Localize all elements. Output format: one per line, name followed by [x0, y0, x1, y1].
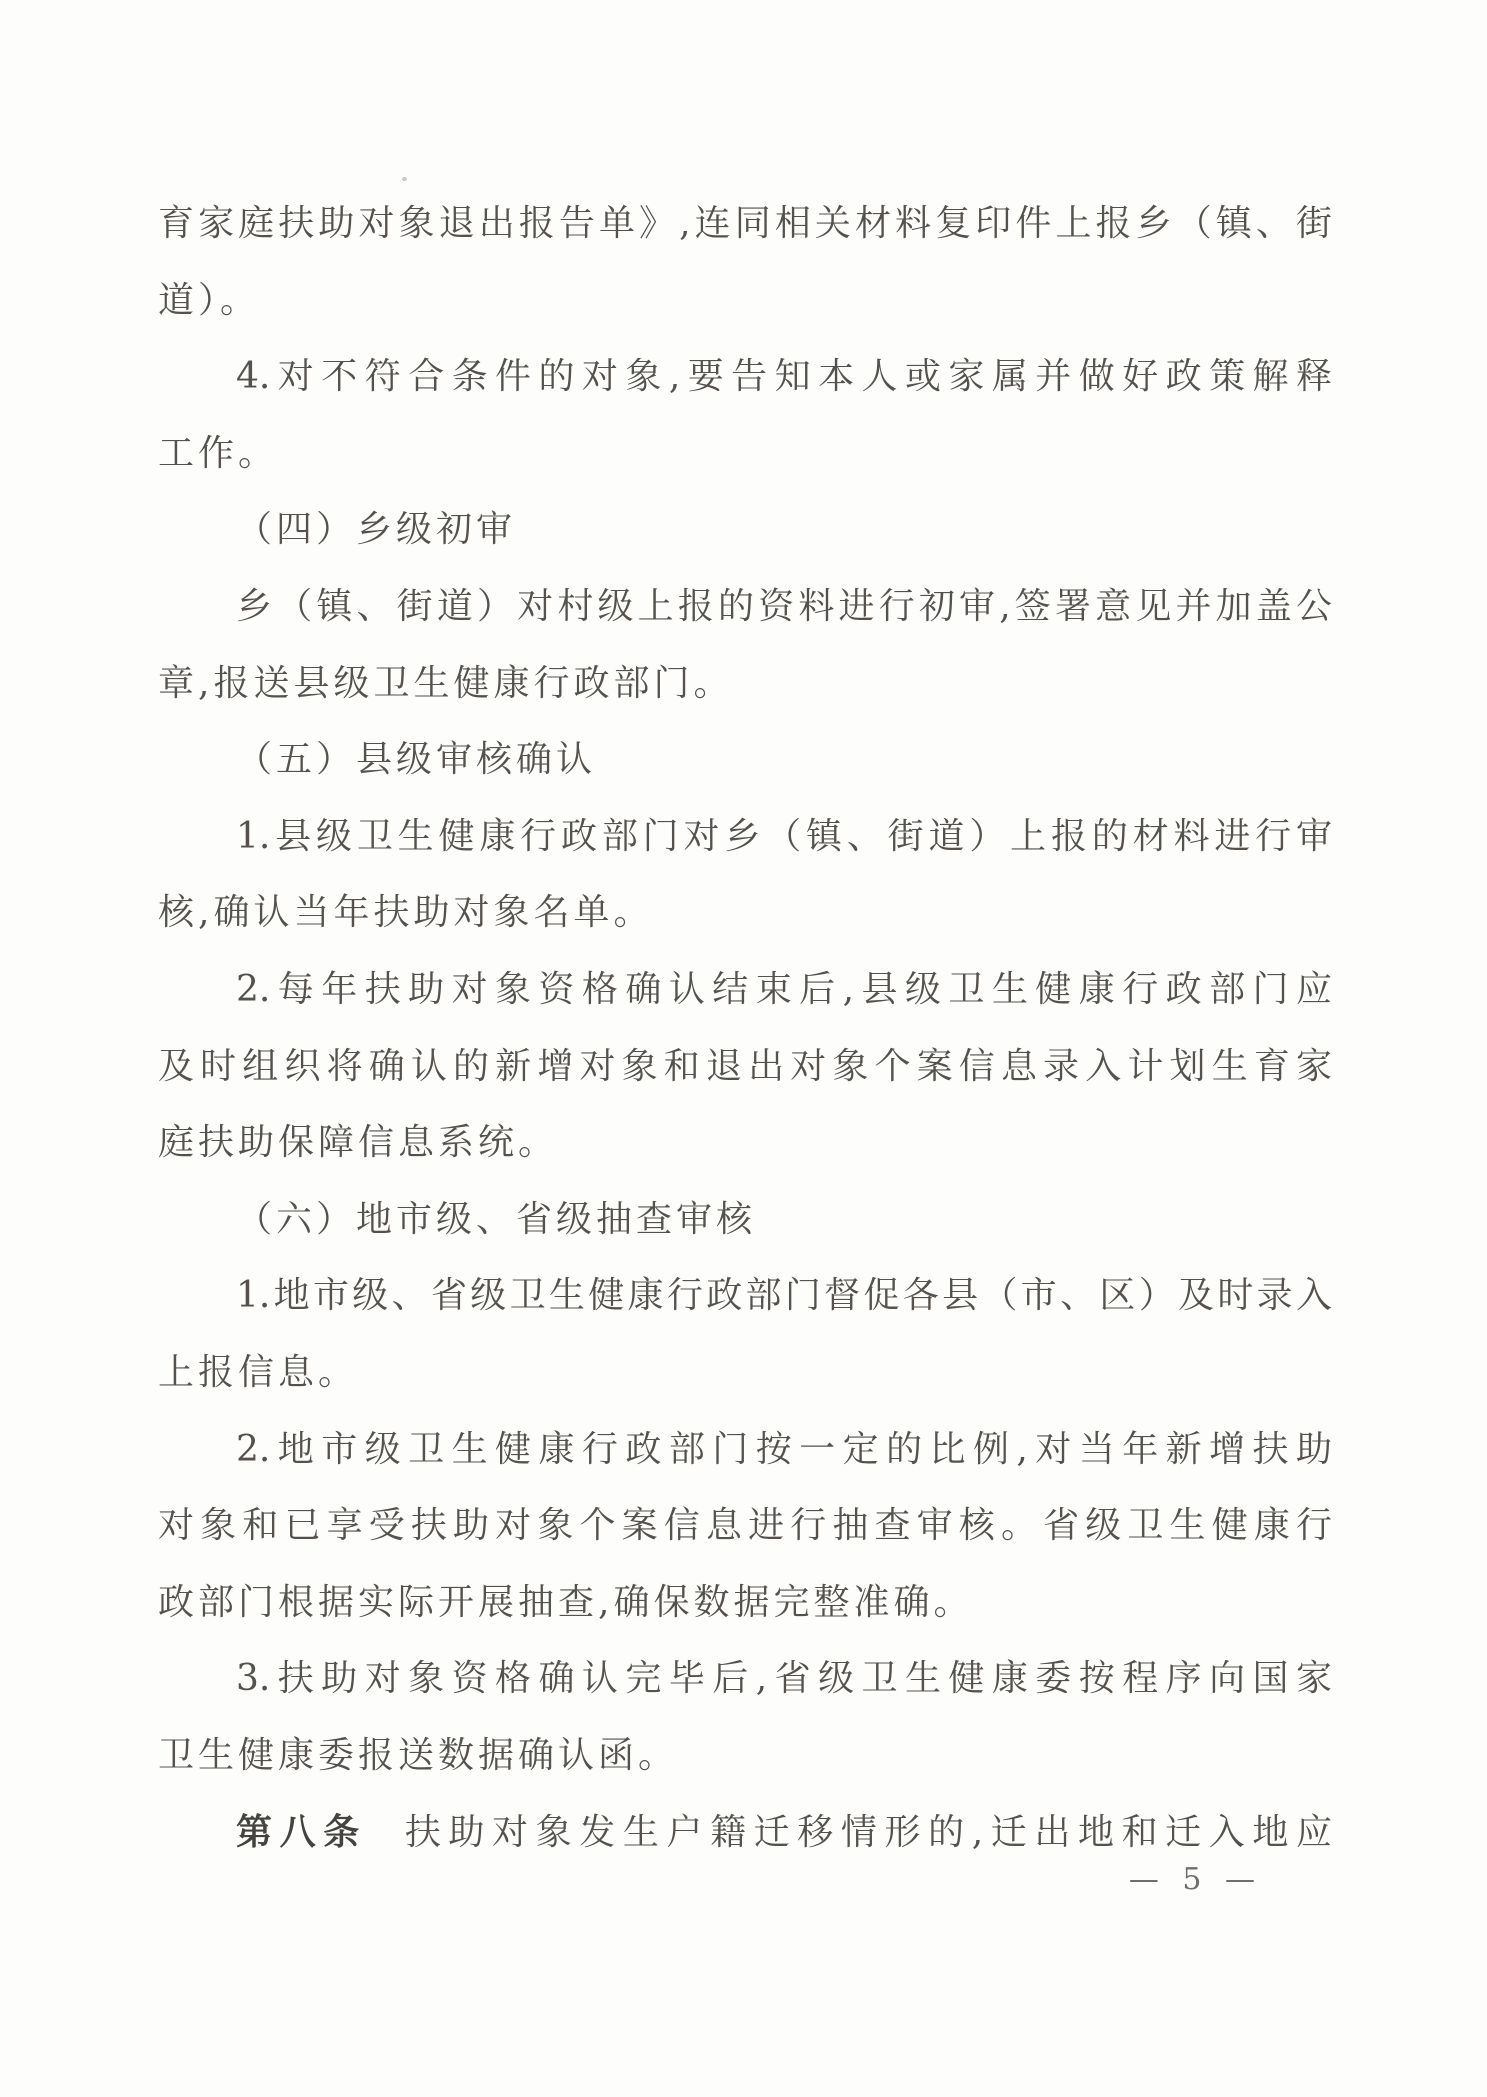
- document-line: 及时组织将确认的新增对象和退出对象个案信息录入计划生育家: [158, 1029, 1332, 1106]
- document-line: 第八条扶助对象发生户籍迁移情形的,迁出地和迁入地应: [158, 1794, 1332, 1871]
- document-line: （四）乡级初审: [158, 492, 1332, 569]
- document-line: 章,报送县级卫生健康行政部门。: [158, 646, 1332, 723]
- document-line: （六）地市级、省级抽查审核: [158, 1182, 1332, 1259]
- document-body: 育家庭扶助对象退出报告单》,连同相关材料复印件上报乡（镇、街道）。4.对不符合条…: [158, 186, 1332, 1871]
- document-line: （五）县级审核确认: [158, 722, 1332, 799]
- document-line: 工作。: [158, 416, 1332, 493]
- document-line: 1.地市级、省级卫生健康行政部门督促各县（市、区）及时录入: [158, 1258, 1332, 1335]
- document-line: 卫生健康委报送数据确认函。: [158, 1718, 1332, 1795]
- document-line: 核,确认当年扶助对象名单。: [158, 875, 1332, 952]
- document-line: 道）。: [158, 263, 1332, 340]
- scan-artifact-dot: [402, 177, 407, 181]
- document-line: 育家庭扶助对象退出报告单》,连同相关材料复印件上报乡（镇、街: [158, 186, 1332, 263]
- document-line: 2.每年扶助对象资格确认结束后,县级卫生健康行政部门应: [158, 952, 1332, 1029]
- article-number-label: 第八条: [236, 1811, 367, 1853]
- document-line: 2.地市级卫生健康行政部门按一定的比例,对当年新增扶助: [158, 1412, 1332, 1489]
- document-line: 庭扶助保障信息系统。: [158, 1105, 1332, 1182]
- document-line: 3.扶助对象资格确认完毕后,省级卫生健康委按程序向国家: [158, 1641, 1332, 1718]
- page-number: — 5 —: [1129, 1862, 1262, 1897]
- document-line: 1.县级卫生健康行政部门对乡（镇、街道）上报的材料进行审: [158, 799, 1332, 876]
- document-line: 政部门根据实际开展抽查,确保数据完整准确。: [158, 1565, 1332, 1642]
- document-line: 上报信息。: [158, 1335, 1332, 1412]
- document-line: 4.对不符合条件的对象,要告知本人或家属并做好政策解释: [158, 339, 1332, 416]
- document-page: 育家庭扶助对象退出报告单》,连同相关材料复印件上报乡（镇、街道）。4.对不符合条…: [0, 0, 1487, 2097]
- document-line: 乡（镇、街道）对村级上报的资料进行初审,签署意见并加盖公: [158, 569, 1332, 646]
- document-line: 对象和已享受扶助对象个案信息进行抽查审核。省级卫生健康行: [158, 1488, 1332, 1565]
